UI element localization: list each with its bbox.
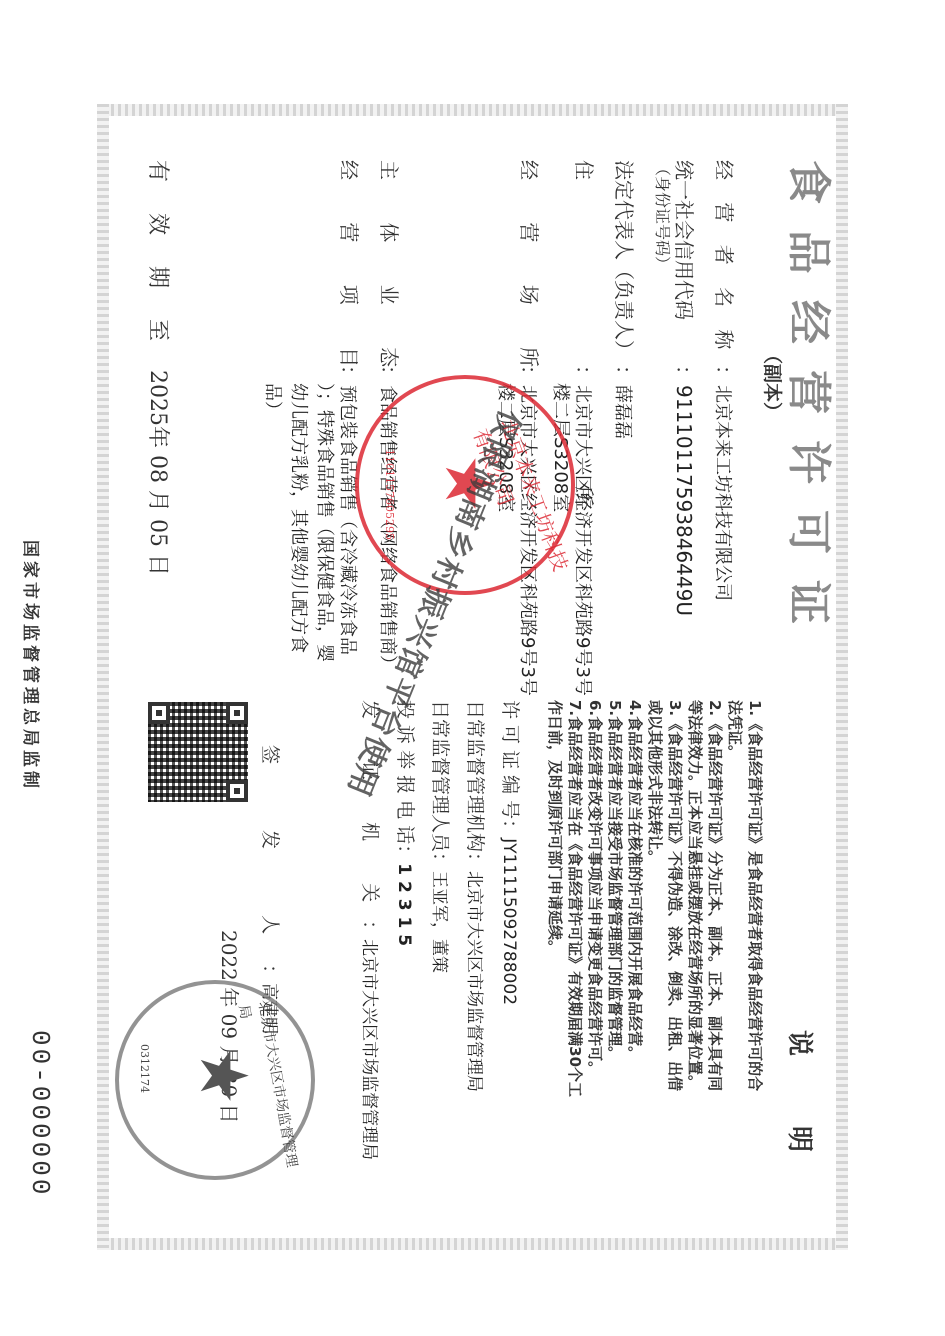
field-operator-name: 经 营 者 名 称：北京本来工坊科技有限公司 <box>711 160 740 601</box>
qr-finder <box>226 780 248 802</box>
field-credit-code-sub: （身份证号码） <box>652 160 675 272</box>
field-label: 统一社会信用代码 <box>671 160 700 365</box>
note-line: 法凭证。 <box>725 700 745 1097</box>
field-label: 日常监督管理机构 <box>464 700 486 852</box>
field-value: 2025年 08 月 05 日 <box>145 370 170 576</box>
note-line: 3.《食品经营许可证》不得伪造、涂改、倒卖、出租、出借 <box>665 700 685 1097</box>
note-line: 作日前，及时到原许可部门申请延续。 <box>545 700 565 1097</box>
note-line: 2.《食品经营许可证》分为正本、副本。正本、副本具有同 <box>705 700 725 1097</box>
field-label: 经 营 场 所 <box>516 160 545 365</box>
seal-code: 0312174 <box>138 1044 151 1093</box>
field-business-scope-line2: ）；特殊食品销售（限保健食品，婴 <box>313 383 339 662</box>
field-domicile: 住 所：北京市大兴区经济开发区科苑路9号3号 <box>571 160 600 696</box>
notes-title: 说明 <box>783 1030 820 1222</box>
field-label: 经 营 项 目 <box>336 160 365 365</box>
supervising-organization: 国家市场监督管理总局监制 <box>20 540 45 792</box>
field-label: 签 发 人 <box>259 745 281 964</box>
license-sheet: 食品经营许可证 （副本） 经 营 者 名 称：北京本来工坊科技有限公司 统一社会… <box>0 0 945 1336</box>
supervision-org: 日常监督管理机构：北京市大兴区市场监督管理局 <box>463 700 490 1092</box>
license-subtitle: （副本） <box>760 345 787 421</box>
field-validity: 有 效 期 至 2025年 08 月 05 日 <box>144 160 175 576</box>
field-label: 住 所 <box>571 160 600 365</box>
field-label: 法定代表人（负责人） <box>611 160 640 365</box>
note-line: 4.食品经营者应当在核准的许可范围内开展食品经营。 <box>625 700 645 1097</box>
field-value: 北京市大兴区市场监督管理局 <box>359 939 379 1160</box>
note-line: 或以其他形式非法转让。 <box>645 700 665 1097</box>
license-number: 许 可 证 编 号：JY11115092788002 <box>498 700 525 1005</box>
field-label: 经 营 者 名 称 <box>711 160 740 365</box>
field-value: 薛磊磊 <box>612 385 633 439</box>
seal-code: 1101157605295 <box>383 449 396 540</box>
note-line: 1.《食品经营许可证》是食品经营者取得食品经营许可的合 <box>745 700 765 1097</box>
field-credit-code: 统一社会信用代码：91110117593846449U <box>671 160 700 616</box>
note-line: 等法律效力。正本应当悬挂或摆放在经营场所的显著位置。 <box>685 700 705 1097</box>
serial-number: 00-000000 <box>25 1030 55 1197</box>
qr-code[interactable] <box>146 700 250 804</box>
field-value: 预包装食品销售（含冷藏冷冻食品 <box>337 385 358 655</box>
field-business-scope-line3: 幼儿配方乳粉，其他婴幼儿配方食 <box>287 383 313 653</box>
qr-finder <box>226 702 248 724</box>
field-label: 日常监督管理人员 <box>429 700 451 852</box>
field-value: 1 2 3 1 5 <box>394 863 414 946</box>
signer: 签 发 人：高建明 <box>258 745 285 1034</box>
field-label: 主 体 业 态 <box>376 160 405 365</box>
field-value: 北京本来工坊科技有限公司 <box>712 385 733 601</box>
field-label: 许 可 证 编 号 <box>499 700 521 819</box>
field-value: 91110117593846449U <box>672 385 696 616</box>
field-legal-rep: 法定代表人（负责人）：薛磊磊 <box>611 160 640 439</box>
license-title: 食品经营许可证 <box>781 160 845 650</box>
qr-finder <box>148 702 170 724</box>
note-line: 7.食品经营者应当在《食品经营许可证》有效期届满30个工 <box>565 700 585 1097</box>
supervisors: 日常监督管理人员：王亚军，董策 <box>428 700 455 973</box>
notes-list: 1.《食品经营许可证》是食品经营者取得食品经营许可的合 法凭证。 2.《食品经营… <box>545 700 765 1097</box>
field-value: 王亚军，董策 <box>429 871 449 973</box>
authority-seal: ★ 北京市大兴区市场监督管理局 0312174 <box>115 980 315 1180</box>
field-value: 北京市大兴区经济开发区科苑路9号3号 <box>572 385 593 696</box>
field-value: JY11115092788002 <box>499 838 519 1005</box>
field-label: 有 效 期 至 <box>144 160 175 353</box>
field-business-scope: 经 营 项 目：预包装食品销售（含冷藏冷冻食品 <box>336 160 365 655</box>
note-line: 6.食品经营者改变许可事项应当申请变更食品经营许可。 <box>585 700 605 1097</box>
note-line: 5.食品经营者应当接受市场监督管理部门的监督管理。 <box>605 700 625 1097</box>
field-business-scope-line4: 品） <box>261 383 287 419</box>
field-value: 北京市大兴区市场监督管理局 <box>464 871 484 1092</box>
